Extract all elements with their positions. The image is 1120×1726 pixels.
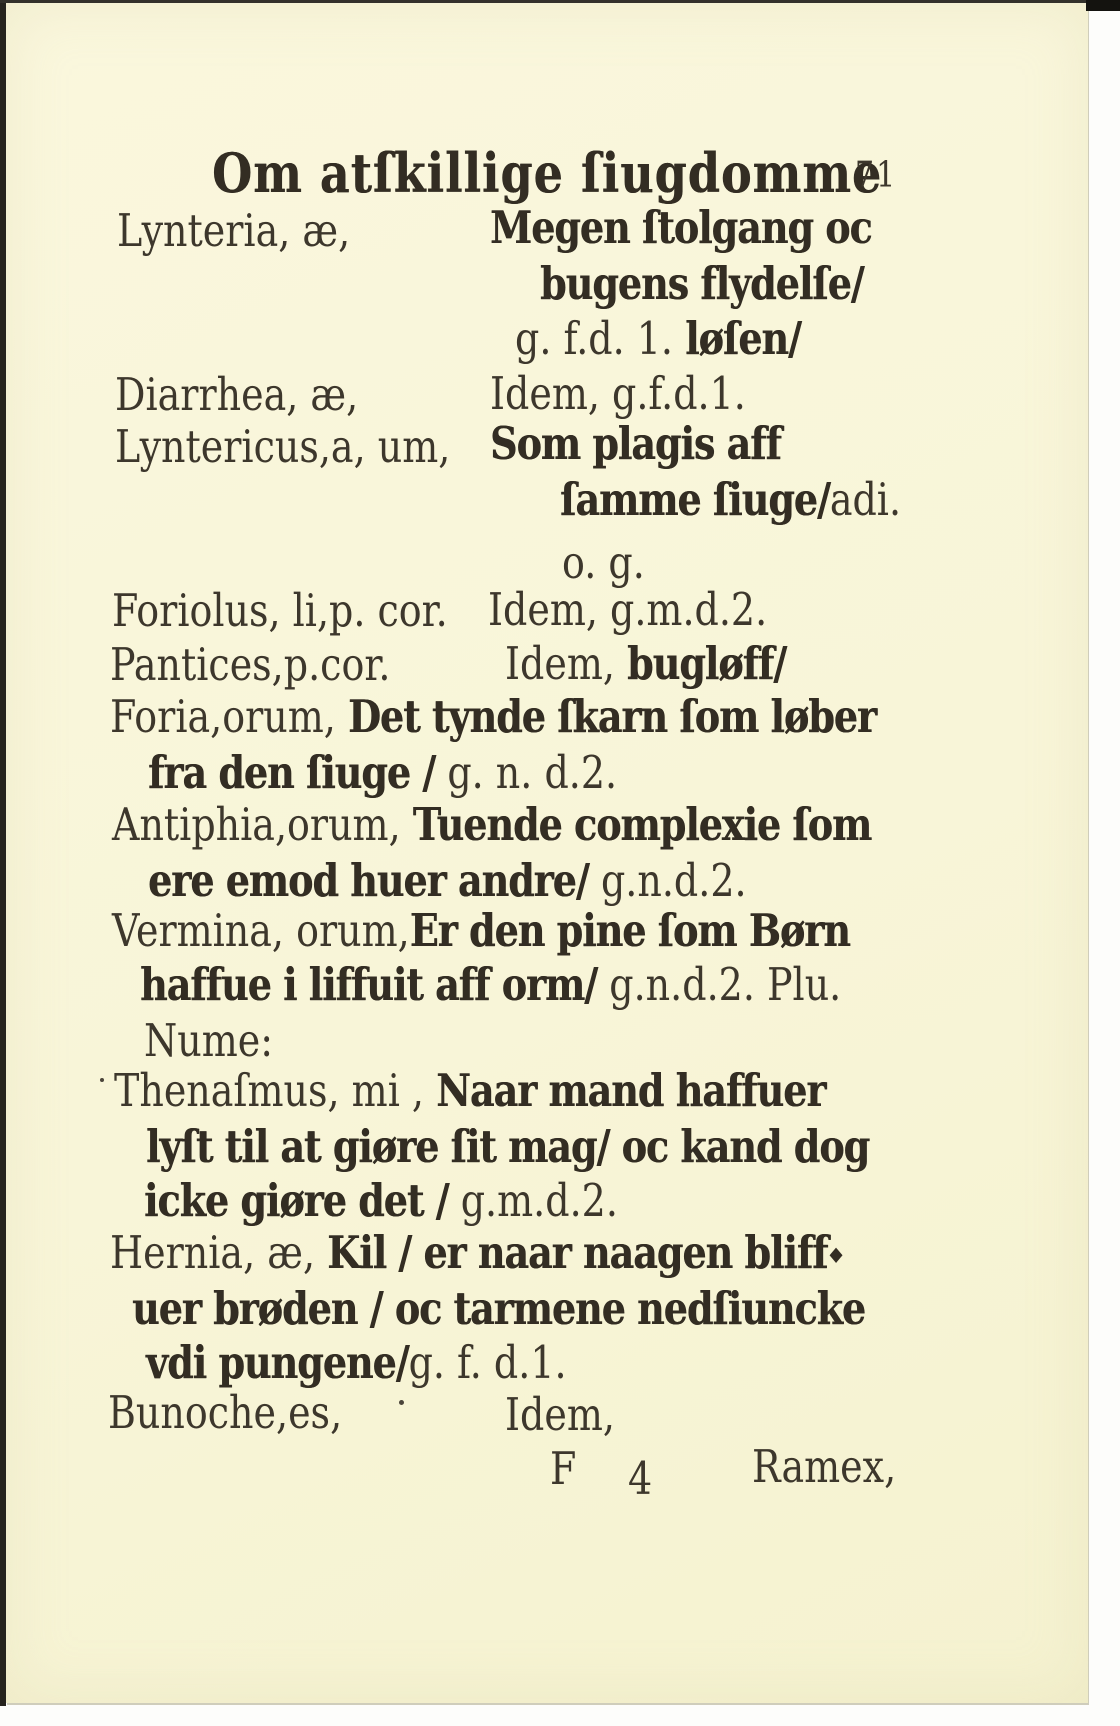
- def-lynteria-line-1: Megen ſtolgang oc: [490, 205, 872, 250]
- def-lyntericus-line-3: o. g.: [562, 540, 645, 585]
- grammar-abbrev: g. n. d.2.: [447, 746, 617, 798]
- entry-hernia-line-2: uer brøden / oc tarmene nedſiuncke: [132, 1286, 865, 1331]
- def-text: Som plagis aff: [490, 416, 781, 469]
- page-number-text: 71: [855, 154, 897, 195]
- def-lynteria-line-3: g. f.d. 1. løſen/: [515, 316, 801, 361]
- grammar-abbrev: adi.: [830, 473, 901, 525]
- def-text: Er den pine ſom Børn: [410, 903, 850, 956]
- scan-corner-mark: [1086, 0, 1120, 11]
- entry-antiphia-line-1: Antiphia,orum, Tuende complexie ſom: [112, 802, 871, 847]
- def-bunoche: Idem,: [505, 1392, 615, 1437]
- def-text: ere emod huer andre/: [148, 853, 601, 906]
- entry-antiphia-line-2: ere emod huer andre/ g.n.d.2.: [148, 858, 747, 903]
- def-text: bugens flydelſe/: [540, 256, 864, 309]
- def-text: Kil / er naar naagen bliff: [327, 1225, 827, 1278]
- entry-foria-line-2: fra den ſiuge / g. n. d.2.: [148, 750, 617, 795]
- entry-thenasmus-line-3: icke giøre det / g.m.d.2.: [144, 1178, 618, 1223]
- ink-speck: [399, 1400, 404, 1405]
- def-diarrhea: Idem, g.f.d.1.: [490, 371, 746, 416]
- grammar-abbrev: o. g.: [562, 536, 645, 588]
- scan-left-edge: [0, 0, 6, 1706]
- def-text: lyſt til at giøre ſit mag/ oc kand dog: [146, 1119, 869, 1172]
- term-text: Lynteria, æ,: [117, 204, 350, 256]
- entry-vermina-line-1: Vermina, orum,Er den pine ſom Børn: [112, 908, 850, 953]
- grammar-abbrev: g.n.d.2.: [601, 854, 747, 906]
- def-text: Idem,: [505, 637, 627, 689]
- catchword: Ramex,: [752, 1444, 896, 1489]
- entry-hernia-line-1: Hernia, æ, Kil / er naar naagen bliff◆: [110, 1230, 841, 1275]
- running-head-text: Om atſkillige ſiugdomme: [212, 141, 882, 205]
- def-lyntericus-line-1: Som plagis aff: [490, 421, 781, 466]
- entry-hernia-line-3: vdi pungene/g. f. d.1.: [146, 1340, 567, 1385]
- def-text: fra den ſiuge /: [148, 745, 447, 798]
- signature-number: 4: [628, 1456, 652, 1501]
- term-text: Vermina, orum,: [112, 904, 410, 956]
- term-lyntericus: Lyntericus,a, um,: [115, 424, 450, 469]
- term-text: Lyntericus,a, um,: [115, 420, 450, 472]
- def-text: Tuende complexie ſom: [413, 797, 871, 850]
- term-foriolus: Foriolus, li,p. cor.: [112, 588, 448, 633]
- signature-number-text: 4: [628, 1452, 652, 1504]
- def-text: løſen/: [685, 311, 801, 364]
- term-text: Foriolus, li,p. cor.: [112, 584, 448, 636]
- hyphen-diamond-glyph: ◆: [830, 1243, 843, 1267]
- def-text: Idem,: [505, 1388, 615, 1440]
- def-text: bugløff/: [627, 636, 786, 689]
- entry-thenasmus-line-2: lyſt til at giøre ſit mag/ oc kand dog: [146, 1124, 869, 1169]
- def-text: haffue i liffuit aff orm/: [140, 957, 609, 1010]
- term-text: Diarrhea, æ,: [115, 368, 358, 420]
- term-text: Hernia, æ,: [110, 1226, 327, 1278]
- ink-speck: [100, 1078, 104, 1082]
- def-text: uer brøden / oc tarmene nedſiuncke: [132, 1281, 865, 1334]
- term-text: Pantices,p.cor.: [110, 638, 390, 690]
- scan-top-edge: [0, 0, 1120, 3]
- grammar-abbrev: Nume:: [144, 1014, 273, 1066]
- term-diarrhea: Diarrhea, æ,: [115, 372, 358, 417]
- term-text: Thenaſmus, mi ,: [114, 1064, 436, 1116]
- book-page-scan: Om atſkillige ſiugdomme 71 Lynteria, æ, …: [0, 0, 1120, 1726]
- def-text: ſamme ſiuge/: [560, 472, 830, 525]
- def-text: Det tynde ſkarn ſom løber: [348, 689, 876, 742]
- term-pantices: Pantices,p.cor.: [110, 642, 390, 687]
- entry-vermina-line-2: haffue i liffuit aff orm/ g.n.d.2. Plu.: [140, 962, 841, 1007]
- term-text: Bunoche,es,: [108, 1386, 342, 1438]
- catchword-text: Ramex,: [752, 1440, 896, 1492]
- grammar-abbrev: g.n.d.2. Plu.: [609, 958, 841, 1010]
- grammar-abbrev: g. f.d. 1.: [515, 312, 685, 364]
- grammar-abbrev: g.m.d.2.: [461, 1174, 618, 1226]
- def-foriolus: Idem, g.m.d.2.: [488, 587, 767, 632]
- grammar-abbrev: g. f. d.1.: [409, 1336, 567, 1388]
- def-text: Idem, g.f.d.1.: [490, 367, 746, 419]
- entry-thenasmus-line-1: Thenaſmus, mi , Naar mand haffuer: [114, 1068, 825, 1113]
- def-text: vdi pungene/: [146, 1335, 409, 1388]
- term-text: Antiphia,orum,: [112, 798, 413, 850]
- term-text: Foria,orum,: [110, 690, 348, 742]
- term-lynteria: Lynteria, æ,: [117, 208, 350, 253]
- def-text: Megen ſtolgang oc: [490, 200, 872, 253]
- def-text: icke giøre det /: [144, 1173, 461, 1226]
- def-lyntericus-line-2: ſamme ſiuge/adi.: [560, 477, 901, 522]
- def-pantices: Idem, bugløff/: [505, 641, 786, 686]
- running-head: Om atſkillige ſiugdomme: [212, 146, 882, 200]
- term-bunoche: Bunoche,es,: [108, 1390, 342, 1435]
- signature-letter: F: [550, 1446, 576, 1491]
- page-number: 71: [855, 158, 897, 193]
- entry-foria-line-1: Foria,orum, Det tynde ſkarn ſom løber: [110, 694, 876, 739]
- def-text: Idem, g.m.d.2.: [488, 583, 767, 635]
- entry-vermina-line-3: Nume:: [144, 1018, 273, 1063]
- signature-letter-text: F: [550, 1442, 576, 1494]
- def-text: Naar mand haffuer: [436, 1063, 825, 1116]
- def-lynteria-line-2: bugens flydelſe/: [540, 261, 864, 306]
